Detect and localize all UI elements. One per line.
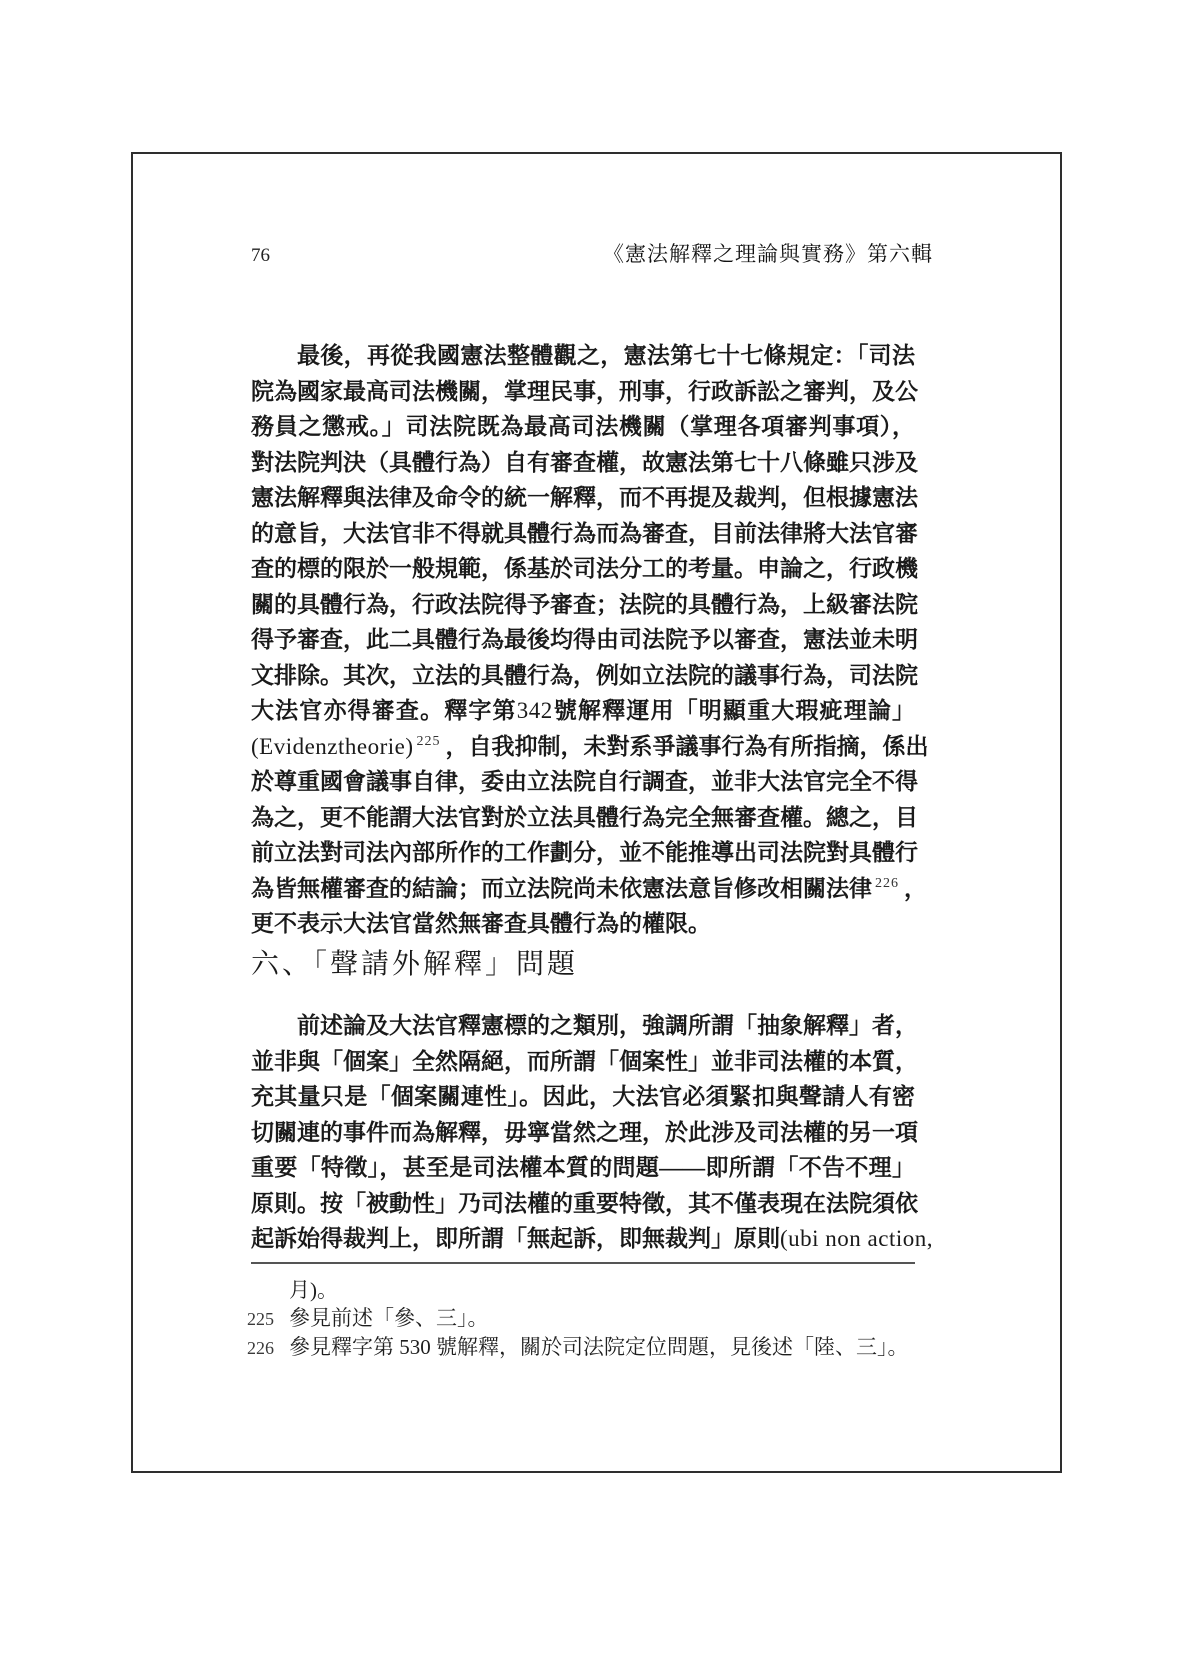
text-line: 前述論及大法官釋憲標的之類別，強調所謂「抽象解釋」者， (251, 1008, 915, 1044)
text-line: 充其量只是「個案關連性」。因此，大法官必須緊扣與聲請人有密 (251, 1079, 915, 1115)
cjk-text: 重要「特徵」，甚至是司法權本質的問題——即所謂「不告不理」 (251, 1155, 915, 1180)
text-line: 於尊重國會議事自律，委由立法院自行調查，並非大法官完全不得 (251, 764, 915, 800)
text-line: 的意旨，大法官非不得就具體行為而為審查，目前法律將大法官審 (251, 516, 915, 552)
text-line: 起訴始得裁判上，即所謂「無起訴，即無裁判」原則(ubi non action, (251, 1221, 915, 1257)
cjk-text: 的意旨，大法官非不得就具體行為而為審查，目前法律將大法官審 (251, 521, 918, 546)
text-line: 切關連的事件而為解釋，毋寧當然之理，於此涉及司法權的另一項 (251, 1115, 915, 1151)
cjk-text: 為皆無權審查的結論；而立法院尚未依憲法意旨修改相關法律 (251, 876, 872, 901)
cjk-text: 大法官亦得審查。釋字第 (251, 698, 517, 723)
text-line: 原則。按「被動性」乃司法權的重要特徵，其不僅表現在法院須依 (251, 1186, 915, 1222)
running-header: 76 《憲法解釋之理論與實務》第六輯 (251, 238, 933, 268)
text-line: 重要「特徵」，甚至是司法權本質的問題——即所謂「不告不理」 (251, 1150, 915, 1186)
text-line: 為皆無權審查的結論；而立法院尚未依憲法意旨修改相關法律226， (251, 871, 915, 907)
cjk-text: 原則。按「被動性」乃司法權的重要特徵，其不僅表現在法院須依 (251, 1191, 918, 1216)
text-line: 文排除。其次，立法的具體行為，例如立法院的議事行為，司法院 (251, 658, 915, 694)
cjk-text: 充其量只是「個案關連性」。因此，大法官必須緊扣與聲請人有密 (251, 1084, 915, 1109)
text-line: 關的具體行為，行政法院得予審查；法院的具體行為，上級審法院 (251, 587, 915, 623)
text-line: 務員之懲戒。」司法院既為最高司法機關（掌理各項審判事項）， (251, 409, 915, 445)
footnote-text: 參見釋字第 530 號解釋，關於司法院定位問題，見後述「陸、三」。 (289, 1333, 919, 1361)
cjk-text: 務員之懲戒。」司法院既為最高司法機關（掌理各項審判事項）， (251, 414, 915, 439)
cjk-text: 最後，再從我國憲法整體觀之，憲法第七十七條規定：「司法 (297, 343, 915, 368)
text-line: 更不表示大法官當然無審查具體行為的權限。 (251, 906, 915, 942)
cjk-text: 於尊重國會議事自律，委由立法院自行調查，並非大法官完全不得 (251, 769, 918, 794)
cjk-text: 關的具體行為，行政法院得予審查；法院的具體行為，上級審法院 (251, 592, 918, 617)
footnote-separator (251, 1262, 915, 1264)
scanned-book-page: { "page": { "number": "76", "header_titl… (0, 0, 1177, 1664)
text-line: 最後，再從我國憲法整體觀之，憲法第七十七條規定：「司法 (251, 338, 915, 374)
footnote-text: 參見前述「參、三」。 (289, 1304, 919, 1332)
cjk-text: 更不表示大法官當然無審查具體行為的權限。 (251, 911, 711, 936)
text-line: 院為國家最高司法機關，掌理民事，刑事，行政訴訟之審判，及公 (251, 374, 915, 410)
latin-text: 342 (517, 698, 553, 723)
cjk-text: 前立法對司法內部所作的工作劃分，並不能推導出司法院對具體行 (251, 840, 918, 865)
text-line: 為之，更不能謂大法官對於立法具體行為完全無審查權。總之，目 (251, 800, 915, 836)
cjk-text: 文排除。其次，立法的具體行為，例如立法院的議事行為，司法院 (251, 663, 918, 688)
cjk-text: 對法院判決（具體行為）自有審查權，故憲法第七十八條雖只涉及 (251, 450, 918, 475)
latin-text: (Evidenztheorie) (251, 734, 414, 759)
text-line: 查的標的限於一般規範，係基於司法分工的考量。申論之，行政機 (251, 551, 915, 587)
paragraph-1: 最後，再從我國憲法整體觀之，憲法第七十七條規定：「司法院為國家最高司法機關，掌理… (251, 338, 915, 942)
footnote-number: 226 (247, 1334, 289, 1362)
cjk-text: 號解釋運用「明顯重大瑕疵理論」 (553, 698, 915, 723)
cjk-text: 憲法解釋與法律及命令的統一解釋，而不再提及裁判，但根據憲法 (251, 485, 918, 510)
cjk-text: 得予審查，此二具體行為最後均得由司法院予以審查，憲法並未明 (251, 627, 918, 652)
text-line: 大法官亦得審查。釋字第342號解釋運用「明顯重大瑕疵理論」 (251, 693, 915, 729)
cjk-text: 查的標的限於一般規範，係基於司法分工的考量。申論之，行政機 (251, 556, 918, 581)
latin-text: (ubi non action, (780, 1226, 933, 1251)
footnote-ref: 225 (417, 734, 441, 749)
footnote-ref: 226 (875, 876, 899, 891)
cjk-text: ， (904, 876, 927, 901)
text-line: 得予審查，此二具體行為最後均得由司法院予以審查，憲法並未明 (251, 622, 915, 658)
footnotes-block: 月)。 225 參見前述「參、三」。 226 參見釋字第 530 號解釋，關於司… (247, 1276, 919, 1362)
cjk-text: 並非與「個案」全然隔絕，而所謂「個案性」並非司法權的本質， (251, 1049, 918, 1074)
running-header-title: 《憲法解釋之理論與實務》第六輯 (603, 238, 933, 268)
footnote-item: 226 參見釋字第 530 號解釋，關於司法院定位問題，見後述「陸、三」。 (247, 1333, 919, 1362)
footnote-number: 225 (247, 1305, 289, 1333)
cjk-text: 為之，更不能謂大法官對於立法具體行為完全無審查權。總之，目 (251, 805, 918, 830)
cjk-text: 前述論及大法官釋憲標的之類別，強調所謂「抽象解釋」者， (297, 1013, 918, 1038)
cjk-text: 院為國家最高司法機關，掌理民事，刑事，行政訴訟之審判，及公 (251, 379, 918, 404)
cjk-text: 起訴始得裁判上，即所謂「無起訴，即無裁判」原則 (251, 1226, 780, 1251)
text-line: 憲法解釋與法律及命令的統一解釋，而不再提及裁判，但根據憲法 (251, 480, 915, 516)
page-frame: 76 《憲法解釋之理論與實務》第六輯 最後，再從我國憲法整體觀之，憲法第七十七條… (131, 152, 1062, 1473)
text-line: 並非與「個案」全然隔絕，而所謂「個案性」並非司法權的本質， (251, 1044, 915, 1080)
footnote-continuation: 月)。 (247, 1276, 919, 1304)
text-line: (Evidenztheorie)225，自我抑制，未對系爭議事行為有所指摘，係出 (251, 729, 915, 765)
text-line: 前立法對司法內部所作的工作劃分，並不能推導出司法院對具體行 (251, 835, 915, 871)
text-line: 對法院判決（具體行為）自有審查權，故憲法第七十八條雖只涉及 (251, 445, 915, 481)
paragraph-2: 前述論及大法官釋憲標的之類別，強調所謂「抽象解釋」者，並非與「個案」全然隔絕，而… (251, 1008, 915, 1257)
section-heading: 六、「聲請外解釋」問題 (251, 942, 578, 982)
footnote-item: 225 參見前述「參、三」。 (247, 1304, 919, 1333)
cjk-text: 切關連的事件而為解釋，毋寧當然之理，於此涉及司法權的另一項 (251, 1120, 918, 1145)
page-number: 76 (251, 245, 270, 267)
cjk-text: ，自我抑制，未對系爭議事行為有所指摘，係出 (446, 734, 929, 759)
